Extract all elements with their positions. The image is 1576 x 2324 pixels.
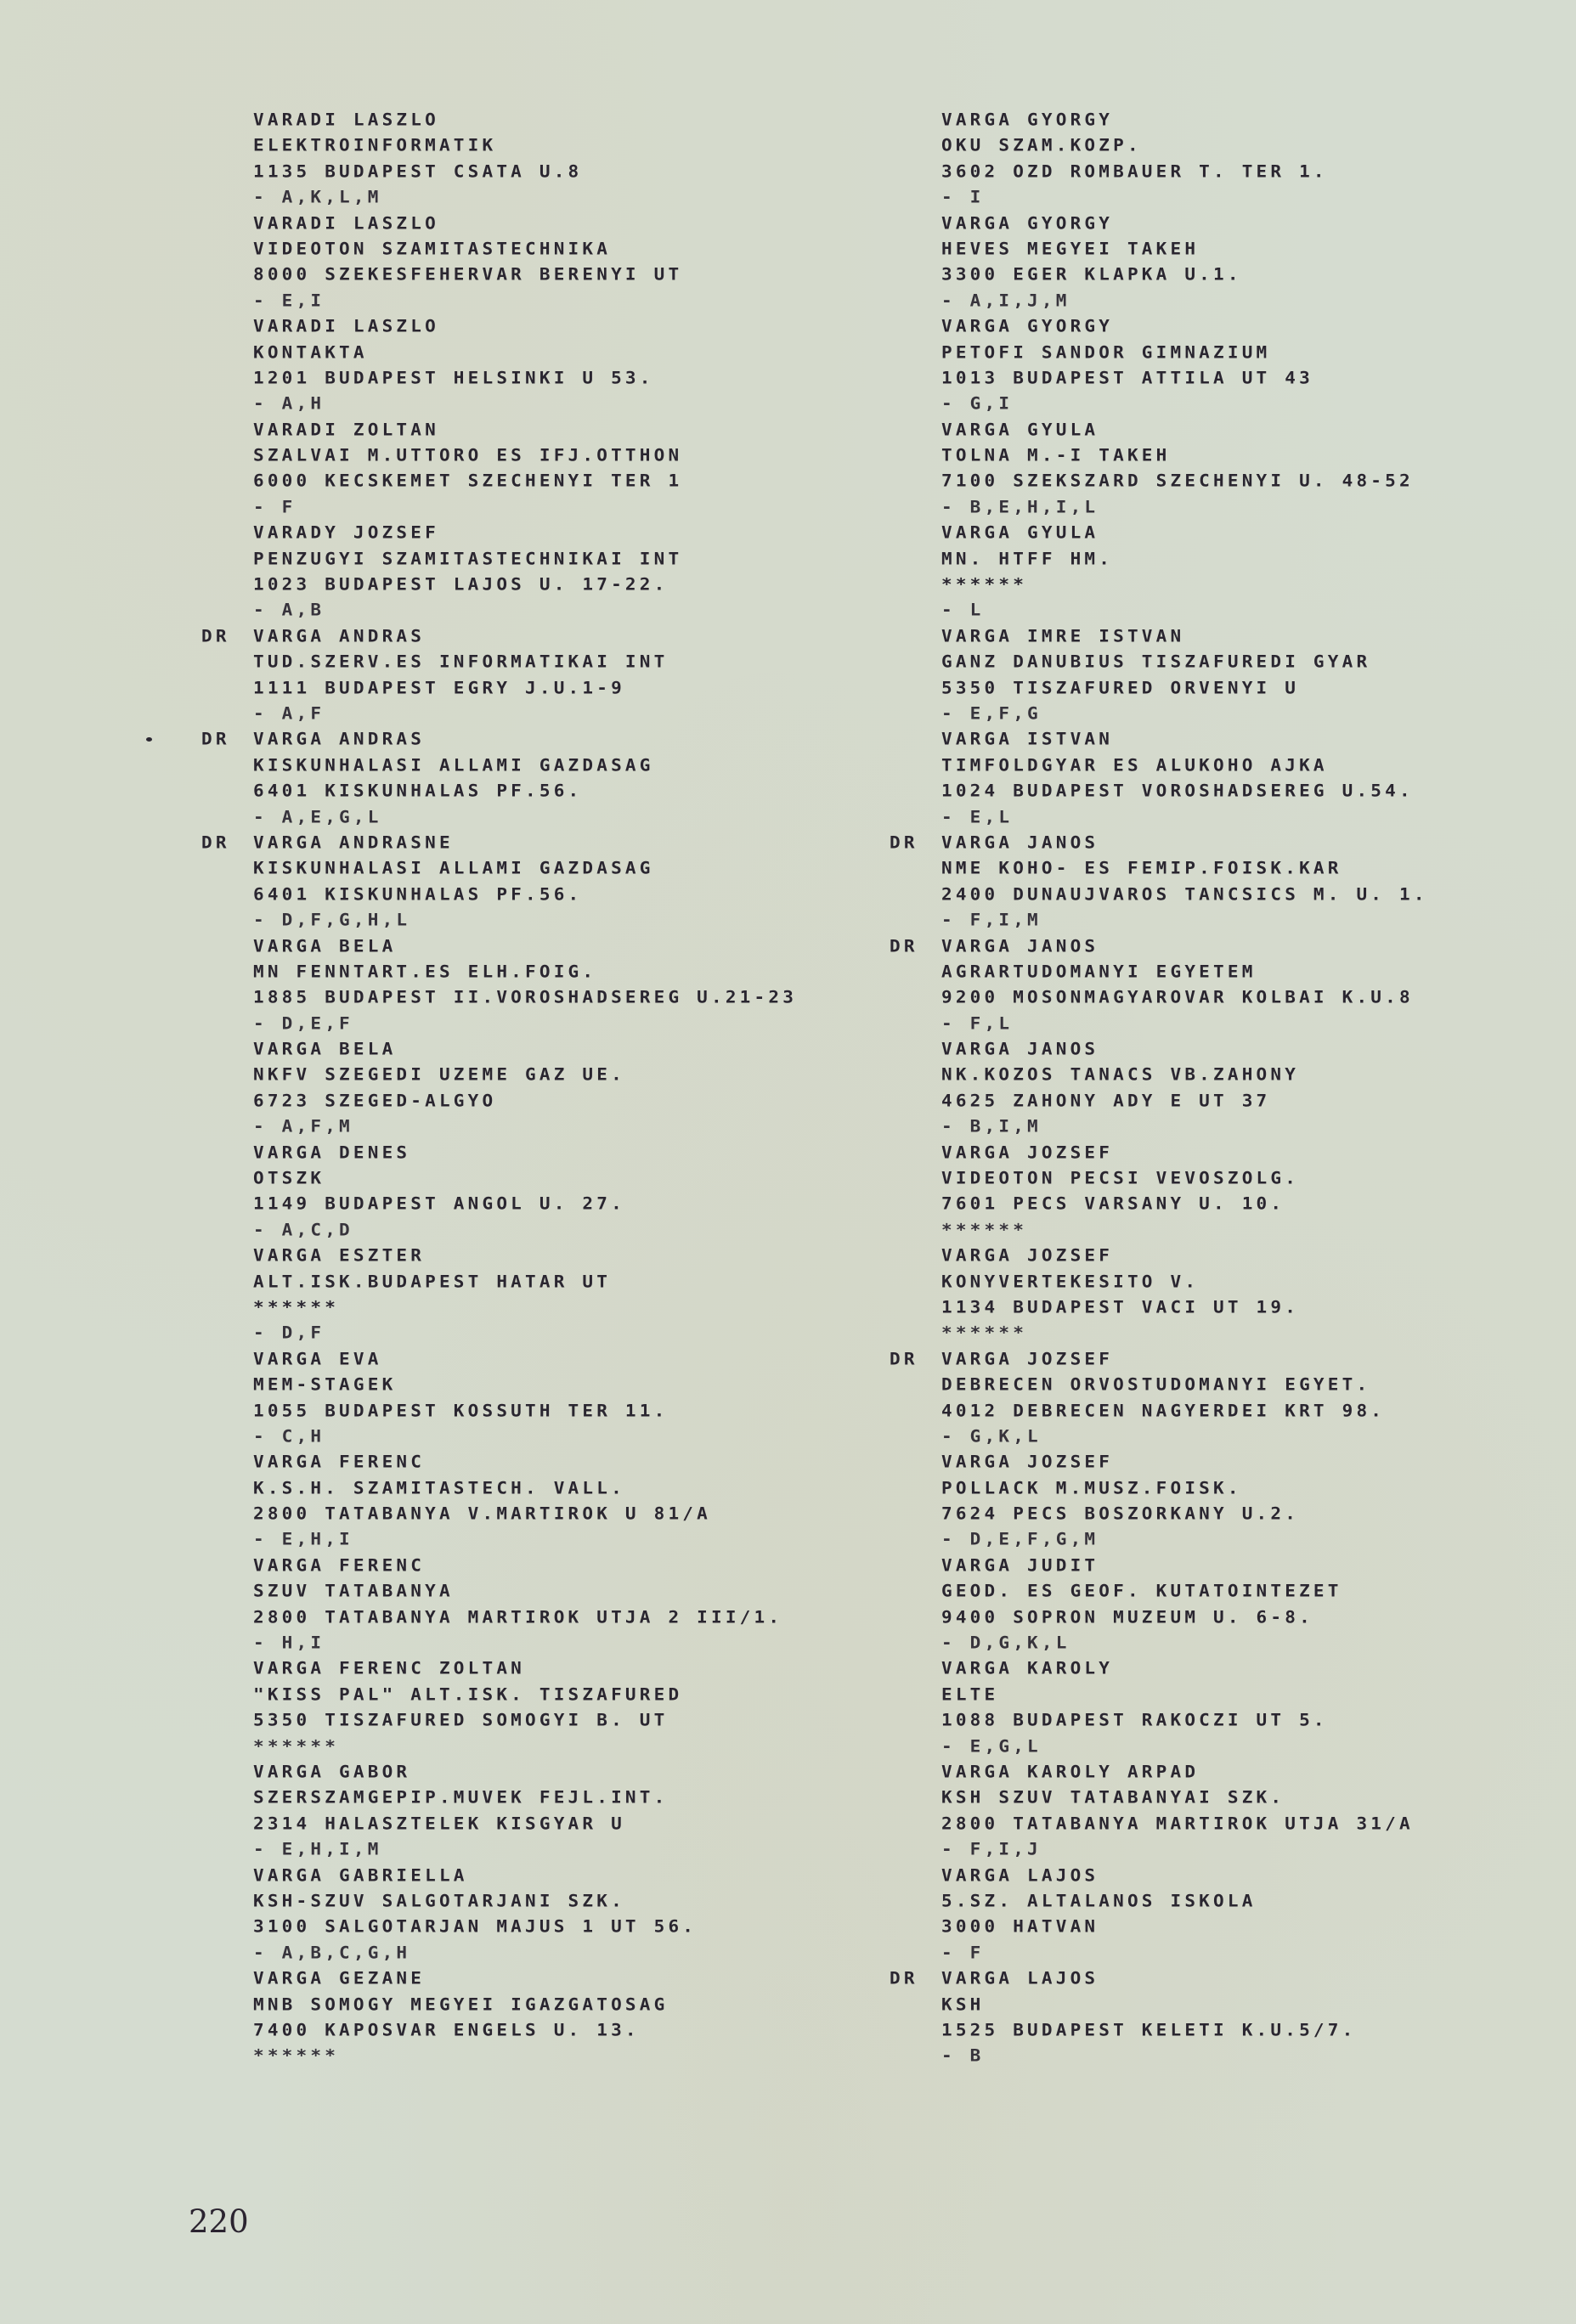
interest-codes: - E,H,I [201,1528,797,1552]
entry-name-line: VARGA GYORGY [890,212,1428,235]
interest-codes: ****** [890,1322,1428,1345]
directory-entry: VARGA BELAMN FENNTART.ES ELH.FOIG.1885 B… [201,934,797,1037]
organization: NK.KOZOS TANACS VB.ZAHONY [890,1063,1428,1087]
entry-name-line: DRVARGA ANDRAS [201,728,797,752]
directory-entry: VARGA JOZSEFKONYVERTEKESITO V.1134 BUDAP… [890,1243,1428,1346]
interest-codes: ****** [201,2045,797,2068]
entry-name-line: VARGA EVA [201,1347,797,1371]
page-number: 220 [189,2203,249,2240]
entry-name-line: VARGA GABOR [201,1760,797,1784]
person-name: VARGA GYULA [941,523,1099,542]
interest-codes: - C,H [201,1424,797,1448]
organization: SZUV TATABANYA [201,1579,797,1603]
organization: ELTE [890,1683,1428,1706]
person-name: VARGA JANOS [941,1040,1099,1058]
directory-entry: VARGA GABORSZERSZAMGEPIP.MUVEK FEJL.INT.… [201,1759,797,1863]
organization: SZALVAI M.UTTORO ES IFJ.OTTHON [201,443,797,467]
entry-name-line: VARGA GEZANE [201,1966,797,1990]
person-name: VARGA LAJOS [941,1969,1099,1988]
organization: ALT.ISK.BUDAPEST HATAR UT [201,1270,797,1294]
organization: SZERSZAMGEPIP.MUVEK FEJL.INT. [201,1786,797,1810]
entry-name-line: VARGA BELA [201,934,797,958]
address: 1885 BUDAPEST II.VOROSHADSEREG U.21-23 [201,985,797,1009]
directory-entry: VARGA IMRE ISTVANGANZ DANUBIUS TISZAFURE… [890,623,1428,727]
interest-codes: - L [890,599,1428,623]
directory-entry: VARGA DENESOTSZK1149 BUDAPEST ANGOL U. 2… [201,1140,797,1244]
address: 1134 BUDAPEST VACI UT 19. [890,1295,1428,1319]
interest-codes: - F,I,J [890,1837,1428,1861]
title-prefix: DR [890,1347,941,1371]
interest-codes: ****** [201,1735,797,1758]
left-column: VARADI LASZLOELEKTROINFORMATIK1135 BUDAP… [201,107,797,2069]
address: 6401 KISKUNHALAS PF.56. [201,779,797,803]
directory-entry: VARGA GEZANEMNB SOMOGY MEGYEI IGAZGATOSA… [201,1966,797,2069]
person-name: VARADI LASZLO [253,214,439,233]
directory-entry: VARADI LASZLOKONTAKTA1201 BUDAPEST HELSI… [201,313,797,417]
entry-name-line: VARGA FERENC [201,1554,797,1577]
person-name: VARGA JANOS [941,833,1099,852]
directory-entry: VARGA GABRIELLAKSH-SZUV SALGOTARJANI SZK… [201,1863,797,1966]
person-name: VARGA BELA [253,936,396,955]
organization: ELEKTROINFORMATIK [201,134,797,158]
address: 1023 BUDAPEST LAJOS U. 17-22. [201,573,797,596]
address: ****** [890,573,1428,596]
interest-codes: - B,I,M [890,1114,1428,1138]
person-name: VARGA KAROLY ARPAD [941,1763,1199,1781]
organization: GANZ DANUBIUS TISZAFUREDI GYAR [890,650,1428,674]
directory-entry: DRVARGA JANOSNME KOHO- ES FEMIP.FOISK.KA… [890,830,1428,934]
address: 7601 PECS VARSANY U. 10. [890,1193,1428,1216]
person-name: VARGA ANDRAS [253,730,425,748]
person-name: VARGA ISTVAN [941,730,1113,748]
title-prefix: DR [201,624,253,648]
title-prefix: DR [201,831,253,855]
directory-entry: VARGA ESZTERALT.ISK.BUDAPEST HATAR UT***… [201,1243,797,1346]
organization: MEM-STAGEK [201,1373,797,1396]
address: 5350 TISZAFURED ORVENYI U [890,676,1428,700]
organization: "KISS PAL" ALT.ISK. TISZAFURED [201,1683,797,1706]
organization: VIDEOTON SZAMITASTECHNIKA [201,237,797,261]
address: 3000 HATVAN [890,1915,1428,1939]
organization: KSH [890,1993,1428,2017]
directory-entry: VARADI LASZLOVIDEOTON SZAMITASTECHNIKA80… [201,211,797,314]
directory-entry: VARGA JOZSEFVIDEOTON PECSI VEVOSZOLG.760… [890,1140,1428,1244]
directory-entry: VARGA GYORGYPETOFI SANDOR GIMNAZIUM1013 … [890,313,1428,417]
organization: NKFV SZEGEDI UZEME GAZ UE. [201,1063,797,1087]
interest-codes: - D,F [201,1322,797,1345]
directory-entry: DRVARGA JANOSAGRARTUDOMANYI EGYETEM9200 … [890,934,1428,1037]
address: 1201 BUDAPEST HELSINKI U 53. [201,366,797,390]
directory-entry: VARGA GYULATOLNA M.-I TAKEH7100 SZEKSZAR… [890,417,1428,521]
entry-name-line: DRVARGA ANDRAS [201,624,797,648]
person-name: VARGA EVA [253,1350,382,1368]
interest-codes: - E,H,I,M [201,1837,797,1861]
person-name: VARADI LASZLO [253,317,439,336]
directory-entry: VARGA GYULAMN. HTFF HM.******- L [890,520,1428,623]
directory-page: VARADI LASZLOELEKTROINFORMATIK1135 BUDAP… [0,0,1576,2324]
address: 1149 BUDAPEST ANGOL U. 27. [201,1193,797,1216]
directory-entry: DRVARGA ANDRASNEKISKUNHALASI ALLAMI GAZD… [201,830,797,934]
entry-name-line: VARGA JANOS [890,1037,1428,1061]
person-name: VARGA GABRIELLA [253,1866,468,1885]
organization: TIMFOLDGYAR ES ALUKOHO AJKA [890,753,1428,777]
interest-codes: - A,C,D [201,1218,797,1242]
interest-codes: - A,F,M [201,1114,797,1138]
organization: OKU SZAM.KOZP. [890,134,1428,158]
address: 2314 HALASZTELEK KISGYAR U [201,1812,797,1836]
entry-name-line: VARGA GYORGY [890,108,1428,132]
address: 9400 SOPRON MUZEUM U. 6-8. [890,1605,1428,1629]
entry-name-line: VARGA JUDIT [890,1554,1428,1577]
organization: POLLACK M.MUSZ.FOISK. [890,1476,1428,1500]
directory-entry: VARGA LAJOS5.SZ. ALTALANOS ISKOLA3000 HA… [890,1863,1428,1966]
entry-name-line: VARADI ZOLTAN [201,418,797,442]
directory-entry: DRVARGA ANDRASKISKUNHALASI ALLAMI GAZDAS… [201,726,797,830]
address: 1088 BUDAPEST RAKOCZI UT 5. [890,1708,1428,1732]
person-name: VARADI LASZLO [253,110,439,129]
directory-entry: VARGA JUDITGEOD. ES GEOF. KUTATOINTEZET9… [890,1553,1428,1656]
interest-codes: - A,B,C,G,H [201,1941,797,1965]
organization: AGRARTUDOMANYI EGYETEM [890,960,1428,984]
interest-codes: - F,L [890,1012,1428,1035]
address: 3602 OZD ROMBAUER T. TER 1. [890,160,1428,183]
interest-codes: - A,F [201,702,797,725]
organization: VIDEOTON PECSI VEVOSZOLG. [890,1166,1428,1190]
person-name: VARGA ANDRASNE [253,833,454,852]
address: 7100 SZEKSZARD SZECHENYI U. 48-52 [890,470,1428,494]
person-name: VARGA JOZSEF [941,1246,1113,1265]
person-name: VARGA FERENC [253,1452,425,1471]
entry-name-line: VARGA IMRE ISTVAN [890,624,1428,648]
person-name: VARGA LAJOS [941,1866,1099,1885]
address: 6401 KISKUNHALAS PF.56. [201,883,797,906]
organization: DEBRECEN ORVOSTUDOMANYI EGYET. [890,1373,1428,1396]
interest-codes: - A,B [201,599,797,623]
person-name: VARGA ANDRAS [253,627,425,646]
directory-entry: VARGA FERENCK.S.H. SZAMITASTECH. VALL.28… [201,1449,797,1553]
organization: HEVES MEGYEI TAKEH [890,237,1428,261]
title-prefix: DR [890,934,941,958]
address: 8000 SZEKESFEHERVAR BERENYI UT [201,263,797,287]
interest-codes: - E,I [201,289,797,313]
directory-entry: VARGA KAROLY ARPADKSH SZUV TATABANYAI SZ… [890,1759,1428,1863]
organization: PENZUGYI SZAMITASTECHNIKAI INT [201,547,797,571]
interest-codes: - E,L [890,805,1428,829]
right-column: VARGA GYORGYOKU SZAM.KOZP.3602 OZD ROMBA… [890,107,1428,2069]
directory-entry: VARGA KAROLYELTE1088 BUDAPEST RAKOCZI UT… [890,1656,1428,1759]
title-prefix: DR [890,831,941,855]
directory-entry: VARGA GYORGYOKU SZAM.KOZP.3602 OZD ROMBA… [890,107,1428,211]
address: 3100 SALGOTARJAN MAJUS 1 UT 56. [201,1915,797,1939]
title-prefix: DR [201,728,253,752]
directory-entry: VARGA ISTVANTIMFOLDGYAR ES ALUKOHO AJKA1… [890,726,1428,830]
directory-entry: VARADY JOZSEFPENZUGYI SZAMITASTECHNIKAI … [201,520,797,623]
address: 1525 BUDAPEST KELETI K.U.5/7. [890,2018,1428,2042]
organization: OTSZK [201,1166,797,1190]
entry-name-line: VARGA GABRIELLA [201,1864,797,1887]
organization: MNB SOMOGY MEGYEI IGAZGATOSAG [201,1993,797,2017]
entry-name-line: VARADI LASZLO [201,108,797,132]
entry-name-line: VARGA FERENC [201,1451,797,1475]
person-name: VARGA JOZSEF [941,1350,1113,1368]
organization: KONTAKTA [201,341,797,364]
organization: TOLNA M.-I TAKEH [890,443,1428,467]
interest-codes: - A,K,L,M [201,185,797,209]
address: 2400 DUNAUJVAROS TANCSICS M. U. 1. [890,883,1428,906]
entry-name-line: VARGA BELA [201,1037,797,1061]
person-name: VARGA DENES [253,1143,410,1162]
organization: KSH SZUV TATABANYAI SZK. [890,1786,1428,1810]
interest-codes: - D,E,F [201,1012,797,1035]
directory-entry: VARGA BELANKFV SZEGEDI UZEME GAZ UE.6723… [201,1036,797,1140]
person-name: VARADY JOZSEF [253,523,439,542]
person-name: VARGA KAROLY [941,1659,1113,1678]
interest-codes: ****** [890,1218,1428,1242]
entry-name-line: VARGA JOZSEF [890,1244,1428,1267]
entry-name-line: DRVARGA JANOS [890,934,1428,958]
interest-codes: - B,E,H,I,L [890,495,1428,519]
address: 2800 TATABANYA V.MARTIROK U 81/A [201,1502,797,1526]
address: 1111 BUDAPEST EGRY J.U.1-9 [201,676,797,700]
address: 1135 BUDAPEST CSATA U.8 [201,160,797,183]
entry-name-line: VARGA LAJOS [890,1864,1428,1887]
address: 2800 TATABANYA MARTIROK UTJA 2 III/1. [201,1605,797,1629]
person-name: VARGA BELA [253,1040,396,1058]
entry-name-line: VARGA KAROLY [890,1657,1428,1681]
entry-name-line: VARGA JOZSEF [890,1141,1428,1165]
directory-entry: DRVARGA LAJOSKSH1525 BUDAPEST KELETI K.U… [890,1966,1428,2069]
organization: KISKUNHALASI ALLAMI GAZDASAG [201,753,797,777]
entry-name-line: VARGA GYULA [890,521,1428,544]
directory-entry: VARGA JOZSEFPOLLACK M.MUSZ.FOISK.7624 PE… [890,1449,1428,1553]
interest-codes: - D,G,K,L [890,1631,1428,1655]
person-name: VARGA FERENC ZOLTAN [253,1659,525,1678]
entry-name-line: VARADI LASZLO [201,314,797,338]
entry-name-line: DRVARGA JANOS [890,831,1428,855]
address: 9200 MOSONMAGYAROVAR KOLBAI K.U.8 [890,985,1428,1009]
interest-codes: - E,G,L [890,1735,1428,1758]
entry-name-line: VARADY JOZSEF [201,521,797,544]
person-name: VARADI ZOLTAN [253,420,439,439]
interest-codes: - F [201,495,797,519]
organization: GEOD. ES GEOF. KUTATOINTEZET [890,1579,1428,1603]
margin-bullet-mark [146,737,152,742]
organization: MN. HTFF HM. [890,547,1428,571]
address: 3300 EGER KLAPKA U.1. [890,263,1428,287]
address: 7400 KAPOSVAR ENGELS U. 13. [201,2018,797,2042]
address: 1055 BUDAPEST KOSSUTH TER 11. [201,1399,797,1423]
interest-codes: - F [890,1941,1428,1965]
entry-name-line: DRVARGA ANDRASNE [201,831,797,855]
person-name: VARGA JOZSEF [941,1452,1113,1471]
address: 5350 TISZAFURED SOMOGYI B. UT [201,1708,797,1732]
interest-codes: - H,I [201,1631,797,1655]
person-name: VARGA GYORGY [941,317,1113,336]
directory-entry: VARGA EVAMEM-STAGEK1055 BUDAPEST KOSSUTH… [201,1346,797,1450]
organization: MN FENNTART.ES ELH.FOIG. [201,960,797,984]
person-name: VARGA JOZSEF [941,1143,1113,1162]
address: 6000 KECSKEMET SZECHENYI TER 1 [201,470,797,494]
directory-entry: VARGA FERENCSZUV TATABANYA2800 TATABANYA… [201,1553,797,1656]
interest-codes: - I [890,185,1428,209]
directory-entry: VARGA GYORGYHEVES MEGYEI TAKEH3300 EGER … [890,211,1428,314]
entry-name-line: DRVARGA JOZSEF [890,1347,1428,1371]
person-name: VARGA GABOR [253,1763,410,1781]
organization: K.S.H. SZAMITASTECH. VALL. [201,1476,797,1500]
interest-codes: - F,I,M [890,908,1428,932]
interest-codes: - A,I,J,M [890,289,1428,313]
organization: KONYVERTEKESITO V. [890,1270,1428,1294]
entry-name-line: VARGA ESZTER [201,1244,797,1267]
directory-entry: DRVARGA ANDRASTUD.SZERV.ES INFORMATIKAI … [201,623,797,727]
person-name: VARGA IMRE ISTVAN [941,627,1184,646]
entry-name-line: VARGA GYULA [890,418,1428,442]
person-name: VARGA JUDIT [941,1556,1099,1575]
directory-entry: VARGA FERENC ZOLTAN"KISS PAL" ALT.ISK. T… [201,1656,797,1759]
address: 1024 BUDAPEST VOROSHADSEREG U.54. [890,779,1428,803]
address: 2800 TATABANYA MARTIROK UTJA 31/A [890,1812,1428,1836]
entry-name-line: VARGA GYORGY [890,314,1428,338]
organization: KSH-SZUV SALGOTARJANI SZK. [201,1889,797,1913]
interest-codes: - G,I [890,392,1428,416]
person-name: VARGA GEZANE [253,1969,425,1988]
person-name: VARGA ESZTER [253,1246,425,1265]
person-name: VARGA FERENC [253,1556,425,1575]
entry-name-line: DRVARGA LAJOS [890,1966,1428,1990]
entry-name-line: VARGA JOZSEF [890,1451,1428,1475]
interest-codes: - A,E,G,L [201,805,797,829]
entry-name-line: VARGA DENES [201,1141,797,1165]
interest-codes: - B [890,2045,1428,2068]
person-name: VARGA GYORGY [941,110,1113,129]
entry-name-line: VARGA ISTVAN [890,728,1428,752]
interest-codes: - G,K,L [890,1424,1428,1448]
interest-codes: - D,E,F,G,M [890,1528,1428,1552]
directory-entry: VARADI ZOLTANSZALVAI M.UTTORO ES IFJ.OTT… [201,417,797,521]
organization: NME KOHO- ES FEMIP.FOISK.KAR [890,857,1428,881]
organization: TUD.SZERV.ES INFORMATIKAI INT [201,650,797,674]
entry-name-line: VARGA KAROLY ARPAD [890,1760,1428,1784]
organization: KISKUNHALASI ALLAMI GAZDASAG [201,857,797,881]
interest-codes: - E,F,G [890,702,1428,725]
directory-entry: VARADI LASZLOELEKTROINFORMATIK1135 BUDAP… [201,107,797,211]
title-prefix: DR [890,1966,941,1990]
person-name: VARGA GYULA [941,420,1099,439]
interest-codes: - A,H [201,392,797,416]
organization: 5.SZ. ALTALANOS ISKOLA [890,1889,1428,1913]
directory-entry: VARGA JANOSNK.KOZOS TANACS VB.ZAHONY4625… [890,1036,1428,1140]
person-name: VARGA GYORGY [941,214,1113,233]
address: ****** [201,1295,797,1319]
interest-codes: - D,F,G,H,L [201,908,797,932]
address: 4625 ZAHONY ADY E UT 37 [890,1089,1428,1113]
entry-name-line: VARGA FERENC ZOLTAN [201,1657,797,1681]
address: 7624 PECS BOSZORKANY U.2. [890,1502,1428,1526]
organization: PETOFI SANDOR GIMNAZIUM [890,341,1428,364]
entry-name-line: VARADI LASZLO [201,212,797,235]
person-name: VARGA JANOS [941,936,1099,955]
address: 4012 DEBRECEN NAGYERDEI KRT 98. [890,1399,1428,1423]
address: 6723 SZEGED-ALGYO [201,1089,797,1113]
directory-entry: DRVARGA JOZSEFDEBRECEN ORVOSTUDOMANYI EG… [890,1346,1428,1450]
address: 1013 BUDAPEST ATTILA UT 43 [890,366,1428,390]
